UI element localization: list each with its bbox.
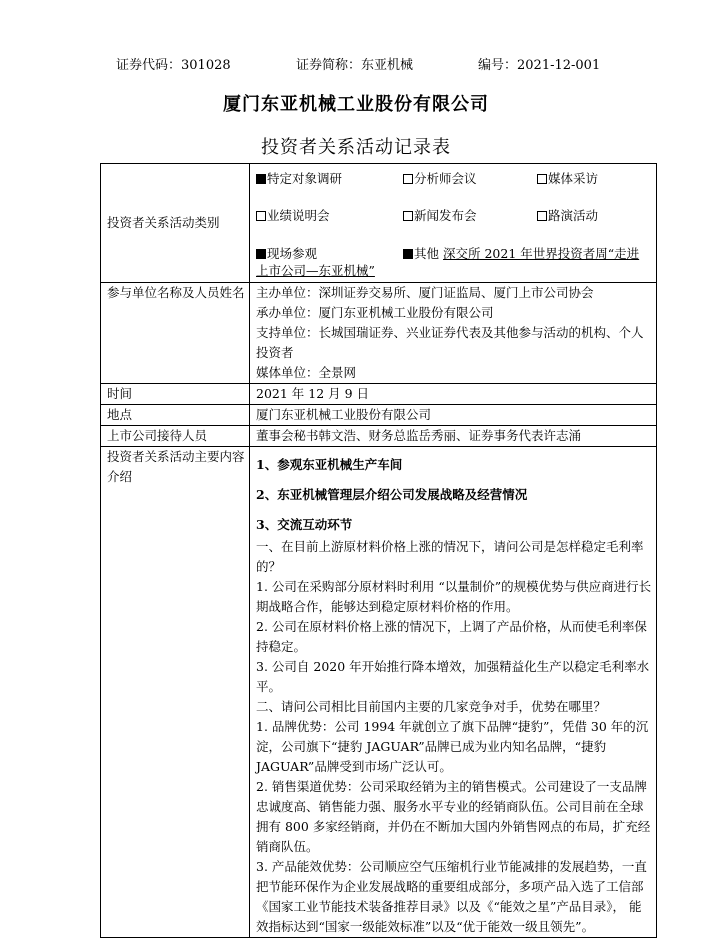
answer-paragraph: 1. 品牌优势：公司 1994 年就创立了旗下品牌“捷豹”，凭借 30 年的沉淀… (256, 717, 652, 777)
other-description: 深交所 2021 年世界投资者周“走进 (443, 246, 639, 261)
checkbox-unchecked-icon (403, 174, 413, 184)
document-number: 编号：2021-12-001 (478, 54, 600, 73)
section-heading: 2、东亚机械管理层介绍公司发展战略及经营情况 (256, 485, 652, 505)
category-row: 投资者关系活动类别 特定对象调研 分析师会议 媒体采访 业绩说明会 新闻发布会 … (101, 164, 657, 283)
organizer-unit: 承办单位：厦门东亚机械工业股份有限公司 (256, 303, 652, 323)
other-description-continued: 上市公司—东亚机械” (256, 261, 375, 281)
location-label: 地点 (101, 405, 250, 426)
time-label: 时间 (101, 384, 250, 405)
supporting-units: 支持单位：长城国瑞证券、兴业证券代表及其他参与活动的机构、个人投资者 (256, 323, 652, 363)
reception-label: 上市公司接待人员 (101, 426, 250, 447)
participants-label: 参与单位名称及人员姓名 (101, 283, 250, 384)
host-units: 主办单位：深圳证券交易所、厦门证监局、厦门上市公司协会 (256, 283, 652, 303)
option-specific-research[interactable]: 特定对象调研 (256, 169, 342, 189)
reception-value: 董事会秘书韩文浩、财务总监岳秀丽、证券事务代表许志涌 (250, 426, 657, 447)
content-label: 投资者关系活动主要内容介绍 (101, 447, 250, 938)
answer-paragraph: 1. 公司在采购部分原材料时利用 “以量制价”的规模优势与供应商进行长期战略合作… (256, 577, 652, 617)
answer-paragraph: 2. 销售渠道优势：公司采取经销为主的销售模式。公司建设了一支品牌忠诚度高、销售… (256, 777, 652, 857)
company-title: 厦门东亚机械工业股份有限公司 (0, 90, 712, 116)
stock-abbreviation: 证券简称：东亚机械 (296, 54, 413, 73)
time-row: 时间 2021 年 12 月 9 日 (101, 384, 657, 405)
option-roadshow[interactable]: 路演活动 (537, 206, 598, 226)
time-value: 2021 年 12 月 9 日 (250, 384, 657, 405)
checkbox-unchecked-icon (403, 211, 413, 221)
question-paragraph: 二、请问公司相比目前国内主要的几家竞争对手，优势在哪里？ (256, 697, 652, 717)
checkbox-unchecked-icon (537, 174, 547, 184)
option-analyst-meeting[interactable]: 分析师会议 (403, 169, 477, 189)
location-row: 地点 厦门东亚机械工业股份有限公司 (101, 405, 657, 426)
location-value: 厦门东亚机械工业股份有限公司 (250, 405, 657, 426)
checkbox-checked-icon (256, 249, 266, 259)
content-value: 1、参观东亚机械生产车间 2、东亚机械管理层介绍公司发展战略及经营情况 3、交流… (250, 447, 657, 938)
category-options: 特定对象调研 分析师会议 媒体采访 业绩说明会 新闻发布会 路演活动 现场参观 … (250, 164, 656, 282)
question-paragraph: 一、在目前上游原材料价格上涨的情况下，请问公司是怎样稳定毛利率的？ (256, 537, 652, 577)
option-media-interview[interactable]: 媒体采访 (537, 169, 598, 189)
checkbox-unchecked-icon (537, 211, 547, 221)
checkbox-checked-icon (403, 249, 413, 259)
answer-paragraph: 2. 公司在原材料价格上涨的情况下，上调了产品价格，从而使毛利率保持稳定。 (256, 617, 652, 657)
checkbox-checked-icon (256, 174, 266, 184)
content-row: 投资者关系活动主要内容介绍 1、参观东亚机械生产车间 2、东亚机械管理层介绍公司… (101, 447, 657, 938)
section-heading: 3、交流互动环节 (256, 515, 652, 535)
section-heading: 1、参观东亚机械生产车间 (256, 455, 652, 475)
option-press-conference[interactable]: 新闻发布会 (403, 206, 477, 226)
stock-code: 证券代码：301028 (116, 54, 231, 73)
option-earnings-briefing[interactable]: 业绩说明会 (256, 206, 330, 226)
participants-value: 主办单位：深圳证券交易所、厦门证监局、厦门上市公司协会 承办单位：厦门东亚机械工… (250, 283, 657, 384)
participants-row: 参与单位名称及人员姓名 主办单位：深圳证券交易所、厦门证监局、厦门上市公司协会 … (101, 283, 657, 384)
media-unit: 媒体单位：全景网 (256, 363, 652, 383)
option-other[interactable]: 其他 深交所 2021 年世界投资者周“走进 (403, 244, 639, 264)
answer-paragraph: 3. 产品能效优势：公司顺应空气压缩机行业节能减排的发展趋势，一直把节能环保作为… (256, 857, 652, 937)
checkbox-unchecked-icon (256, 211, 266, 221)
investor-relations-table: 投资者关系活动类别 特定对象调研 分析师会议 媒体采访 业绩说明会 新闻发布会 … (100, 163, 657, 938)
reception-row: 上市公司接待人员 董事会秘书韩文浩、财务总监岳秀丽、证券事务代表许志涌 (101, 426, 657, 447)
form-title: 投资者关系活动记录表 (0, 133, 712, 159)
category-label: 投资者关系活动类别 (101, 164, 250, 283)
answer-paragraph: 3. 公司自 2020 年开始推行降本增效，加强精益化生产以稳定毛利率水平。 (256, 657, 652, 697)
